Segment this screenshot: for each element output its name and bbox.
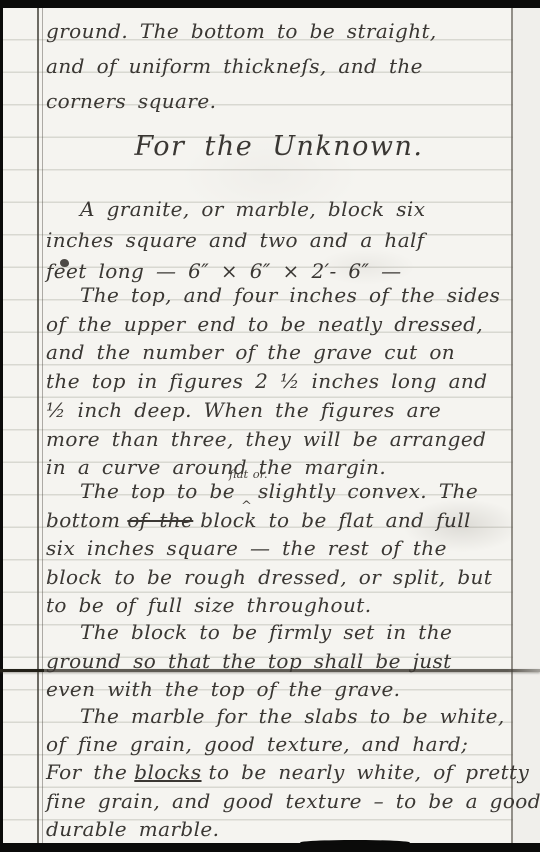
handwritten-line: The top to beflat or.^slightly convex. T…	[46, 477, 518, 506]
handwritten-line: to be of full size throughout.	[46, 591, 518, 620]
caret-mark: ^	[241, 493, 252, 522]
handwritten-line: The marble for the slabs to be white,	[46, 702, 518, 730]
underlined-word: blocks	[134, 760, 201, 784]
margin-rule-line	[37, 8, 43, 843]
handwritten-line: even with the top of the grave.	[46, 675, 518, 704]
handwritten-line: ground. The bottom to be straight,	[46, 14, 518, 49]
line-text: bottom	[46, 508, 120, 532]
handwritten-line: of fine grain, good texture, and hard;	[46, 730, 518, 758]
handwritten-line: inches square and two and a half	[46, 225, 518, 256]
handwritten-line: bottomof theblock to be flat and full	[46, 506, 518, 535]
handwritten-line: more than three, they will be arranged	[46, 425, 518, 454]
handwritten-line: A granite, or marble, block six	[46, 194, 518, 225]
paragraph-block-dimensions: A granite, or marble, block six inches s…	[46, 194, 518, 287]
paragraph-marble-quality: The marble for the slabs to be white, of…	[46, 702, 518, 843]
handwritten-line: The block to be firmly set in the	[46, 618, 518, 647]
handwritten-line: For theblocksto be nearly white, of pret…	[46, 758, 518, 786]
handwritten-line: the top in figures 2 ½ inches long and	[46, 367, 518, 396]
handwritten-line: corners square.	[46, 84, 518, 119]
section-heading: For the Unknown.	[46, 131, 512, 162]
paragraph-top-shape: The top to beflat or.^slightly convex. T…	[46, 477, 518, 620]
interline-insertion: flat or.^	[245, 488, 255, 498]
handwritten-line: The top, and four inches of the sides	[46, 281, 518, 310]
paragraph-bottom-spec: ground. The bottom to be straight, and o…	[46, 14, 518, 119]
handwritten-line: six inches square — the rest of the	[46, 534, 518, 563]
handwritten-line: block to be rough dressed, or split, but	[46, 563, 518, 592]
handwritten-line: ½ inch deep. When the figures are	[46, 396, 518, 425]
handwritten-line: and of uniform thickneſs, and the	[46, 49, 518, 84]
struck-text: of the	[127, 508, 193, 532]
inserted-text: flat or.	[229, 460, 268, 489]
handwritten-line: and the number of the grave cut on	[46, 338, 518, 367]
paragraph-dressing-and-numbering: The top, and four inches of the sides of…	[46, 281, 518, 482]
line-text: For the	[46, 760, 127, 784]
handwritten-line: ground so that the top shall be just	[46, 647, 518, 676]
paragraph-setting-depth: The block to be firmly set in the ground…	[46, 618, 518, 704]
handwritten-line: fine grain, and good texture – to be a g…	[46, 787, 518, 815]
handwritten-line: durable marble.	[46, 815, 518, 843]
line-text: slightly convex. The	[258, 479, 478, 503]
handwritten-line: of the upper end to be neatly dressed,	[46, 310, 518, 339]
scanned-document-page: ground. The bottom to be straight, and o…	[0, 0, 540, 852]
line-text: to be nearly white, of pretty	[209, 760, 530, 784]
line-text: The top to be	[80, 479, 235, 503]
